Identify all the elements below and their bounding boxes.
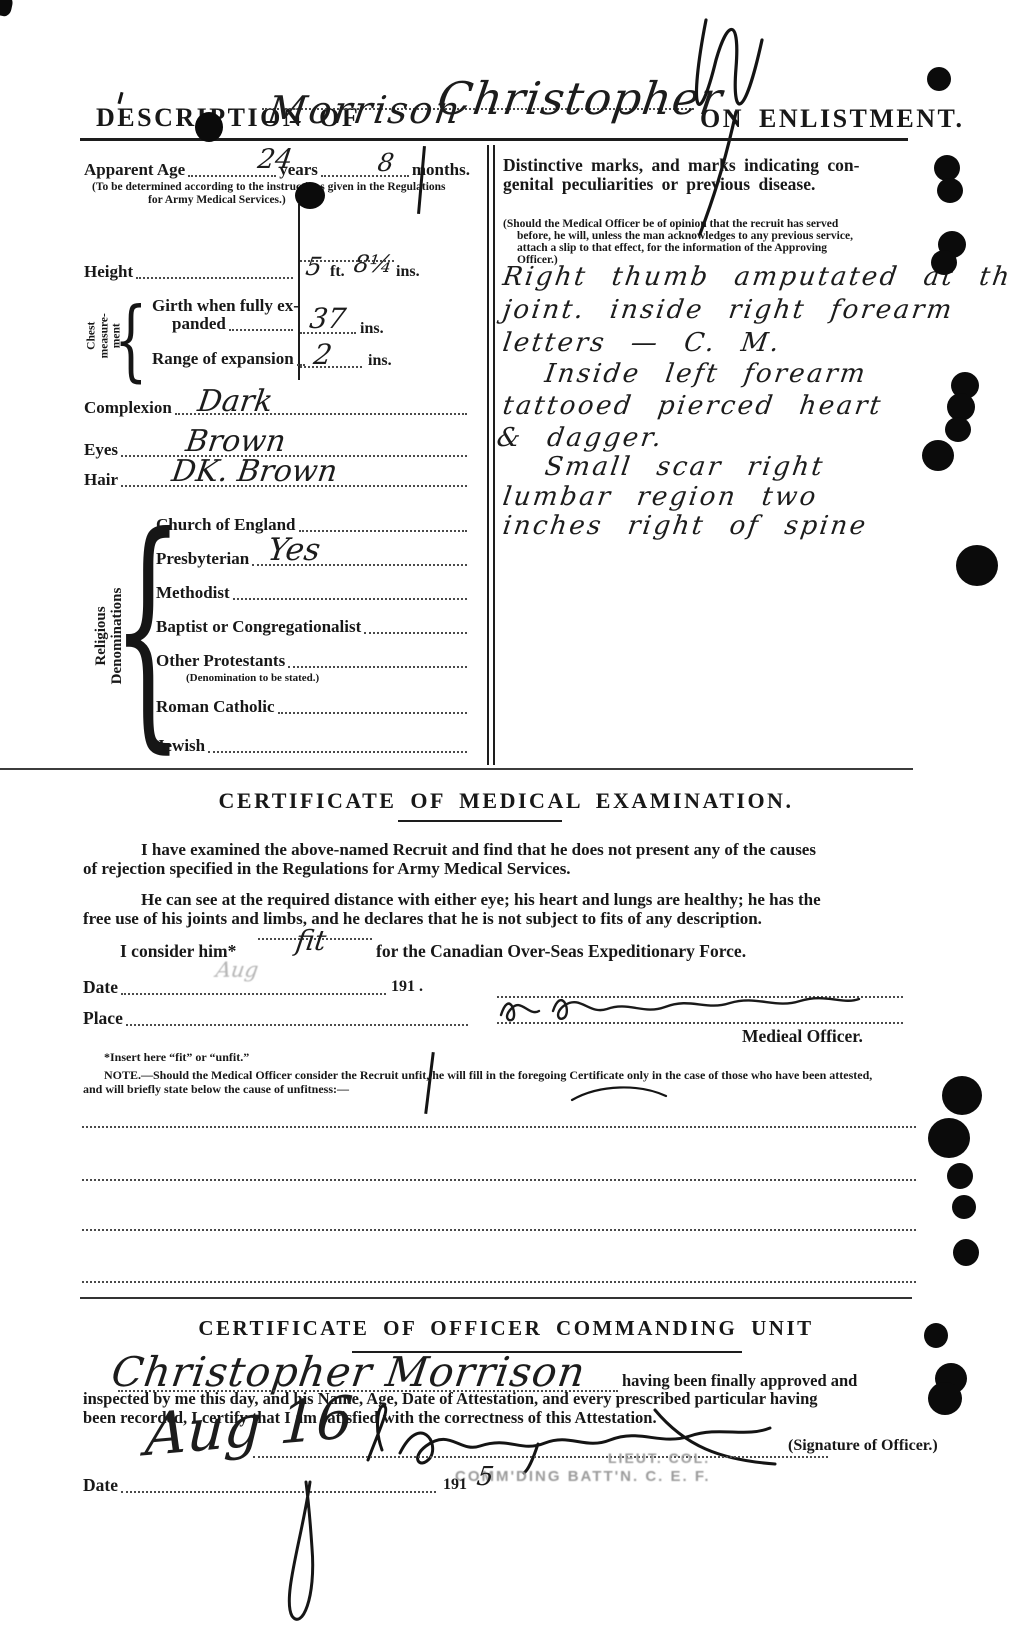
- medical-para2-line1: He can see at the required distance with…: [141, 890, 821, 910]
- medical-date-year: 191 .: [391, 978, 423, 996]
- religion-row: Methodist: [156, 583, 470, 603]
- ink-blot: [942, 1076, 982, 1115]
- apparent-age-years-value: 24: [256, 144, 295, 175]
- pen-loop: [272, 1478, 332, 1628]
- ink-blot: [295, 182, 325, 209]
- distinctive-note-3: attach a slip to that effect, for the in…: [517, 242, 827, 255]
- commanding-officer-signature: [360, 1398, 790, 1473]
- blank-line: [82, 1179, 916, 1181]
- section-divider: [0, 768, 913, 770]
- blank-line: [82, 1229, 916, 1231]
- medical-para2-line2: free use of his joints and limbs, and he…: [83, 909, 762, 929]
- marks-hw-line: letters — C. M.: [501, 328, 783, 358]
- pen-stroke: [424, 1052, 435, 1114]
- medical-para1-line2: of rejection specified in the Regulation…: [83, 859, 571, 879]
- eyes-label: Eyes: [84, 440, 118, 460]
- medical-officer-signature: [495, 975, 865, 1030]
- marks-hw-line: inches right of spine: [501, 511, 870, 541]
- medical-officer-label: Medieal Officer.: [742, 1026, 863, 1047]
- religion-row: Jewish: [156, 736, 470, 756]
- distinctive-note-1: (Should the Medical Officer be of opinio…: [503, 218, 838, 231]
- column-divider: [487, 145, 489, 765]
- range-label: Range of expansion: [152, 349, 294, 369]
- medical-heading-rule: [398, 820, 562, 822]
- apparent-age-note-2: for Army Medical Services.): [148, 194, 286, 207]
- ink-blot: [952, 1195, 976, 1219]
- officer-date-year: 191: [443, 1476, 467, 1494]
- medical-cert-heading: CERTIFICATE OF MEDICAL EXAMINATION.: [0, 788, 1012, 814]
- officer-date-label: Date: [83, 1475, 118, 1496]
- enlistment-form-page: DESCRIPTION OF Morrison Christopher ON E…: [0, 0, 1012, 1632]
- ink-blot: [937, 178, 963, 203]
- stamp-rank: LIEUT. COL.: [608, 1450, 710, 1466]
- blank-line: [82, 1126, 916, 1128]
- height-feet-unit: ft.: [330, 263, 345, 281]
- medical-para1-line1: I have examined the above-named Recruit …: [141, 840, 816, 860]
- height-feet-value: 5: [304, 252, 324, 281]
- handwritten-surname: Morrison: [265, 88, 464, 132]
- apparent-age-note-1: (To be determined according to the instr…: [92, 181, 446, 194]
- ink-blot: [928, 1118, 970, 1158]
- distinctive-note-2: before, he will, unless the man acknowle…: [517, 230, 853, 243]
- girth-value: 37: [308, 302, 348, 335]
- marks-hw-line: & dagger.: [495, 423, 666, 453]
- height-label: Height: [84, 262, 133, 282]
- religion-row: Other Protestants: [156, 651, 470, 671]
- religion-row: Roman Catholic: [156, 697, 470, 717]
- distinctive-heading-2: genital peculiarities or previous diseas…: [503, 174, 815, 195]
- chest-brace: {: [114, 288, 148, 391]
- ink-blot: [934, 155, 960, 181]
- marks-hw-line: joint. inside right forearm: [501, 295, 956, 325]
- medical-footnote: *Insert here “fit” or “unfit.”: [104, 1050, 249, 1065]
- consider-suffix: for the Canadian Over-Seas Expeditionary…: [376, 941, 746, 962]
- consider-value: fit: [294, 924, 329, 957]
- girth-label-2: panded: [172, 314, 226, 334]
- height-inches-unit: ins.: [396, 263, 420, 281]
- apparent-age-label: Apparent Age: [84, 160, 185, 180]
- religion-row: Baptist or Congregationalist: [156, 617, 470, 637]
- signature-of-officer-label: (Signature of Officer.): [788, 1437, 938, 1455]
- ink-blot: [956, 545, 998, 586]
- hair-value: DK. Brown: [170, 454, 340, 489]
- ink-blot: [195, 112, 223, 142]
- girth-unit: ins.: [360, 320, 384, 338]
- marks-hw-line: tattooed pierced heart: [501, 391, 885, 421]
- girth-label-1: Girth when fully ex-: [152, 296, 299, 316]
- marks-hw-line: lumbar region two: [501, 482, 820, 512]
- ink-blot: [928, 1382, 962, 1415]
- column-divider: [493, 145, 495, 765]
- pen-stroke: [570, 1082, 670, 1104]
- officer-date-year-hw: 5: [475, 1462, 496, 1492]
- marks-hw-line: Small scar right: [543, 452, 827, 482]
- medical-date-label: Date: [83, 977, 118, 998]
- officer-signature-line: [253, 1456, 828, 1458]
- marks-hw-line: Inside left forearm: [543, 359, 869, 389]
- other-protestants-note: (Denomination to be stated.): [186, 672, 319, 684]
- distinctive-heading-1: Distinctive marks, and marks indicating …: [503, 155, 859, 176]
- ink-blot: [947, 1163, 973, 1189]
- range-unit: ins.: [368, 352, 392, 370]
- complexion-value: Dark: [196, 384, 275, 419]
- officer-cert-heading: CERTIFICATE OF OFFICER COMMANDING UNIT: [0, 1316, 1012, 1341]
- complexion-label: Complexion: [84, 398, 172, 418]
- ink-blot: [931, 250, 957, 275]
- left-column-inner-divider: [298, 204, 300, 380]
- medical-note-2: and will briefly state below the cause o…: [83, 1082, 349, 1097]
- presbyterian-value: Yes: [265, 532, 322, 568]
- scan-corner-mark: [0, 0, 14, 17]
- pen-flourish: [640, 2, 840, 242]
- ink-blot: [945, 417, 971, 442]
- approved-line-1: having been finally approved and: [622, 1371, 857, 1391]
- blank-line: [82, 1281, 916, 1283]
- section-divider-2: [80, 1297, 912, 1299]
- ink-blot: [922, 440, 954, 471]
- pen-stroke: [417, 146, 426, 214]
- ink-blot: [927, 67, 951, 91]
- medical-place-label: Place: [83, 1008, 123, 1029]
- ink-blot: [924, 1323, 948, 1348]
- ink-blot: [953, 1239, 979, 1266]
- height-inches-value: 8¼: [352, 250, 394, 278]
- medical-note-1: NOTE.—Should the Medical Officer conside…: [104, 1068, 872, 1083]
